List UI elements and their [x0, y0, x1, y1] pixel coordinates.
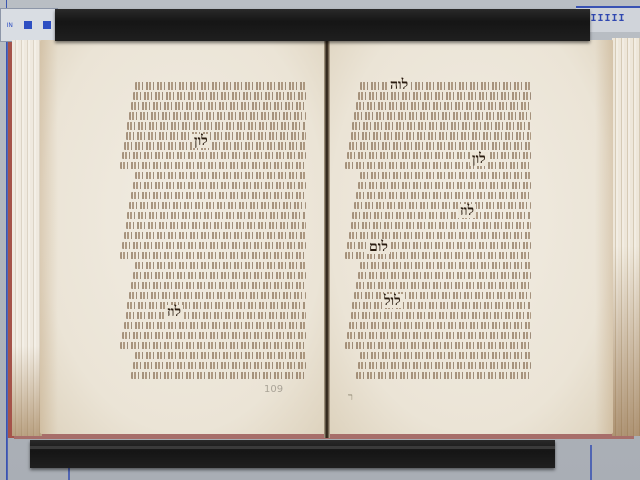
manuscript-text-line	[133, 182, 306, 190]
page-stack-left	[12, 40, 42, 436]
manuscript-text-line	[347, 152, 531, 160]
headword: לון	[192, 134, 210, 148]
manuscript-text-line	[351, 222, 531, 230]
manuscript-text-line	[360, 262, 531, 270]
manuscript-text-line	[133, 272, 306, 280]
manuscript-text-line	[126, 132, 306, 140]
manuscript-text-line	[345, 162, 531, 170]
manuscript-text-line	[360, 172, 531, 180]
manuscript-text-line	[354, 202, 531, 210]
headword: לוה	[388, 78, 410, 92]
manuscript-text-line	[120, 342, 306, 350]
manuscript-text-line	[345, 342, 531, 350]
manuscript-text-line	[347, 332, 531, 340]
manuscript-text-line	[135, 172, 306, 180]
left-text-block	[120, 82, 306, 382]
folio-number: 109	[264, 384, 283, 395]
manuscript-text-line	[356, 282, 531, 290]
manuscript-text-line	[129, 112, 306, 120]
bottom-book-weight	[30, 440, 555, 468]
manuscript-text-line	[356, 192, 531, 200]
target-square-icon	[43, 21, 51, 29]
manuscript-text-line	[135, 262, 306, 270]
target-square-icon	[24, 21, 32, 29]
manuscript-text-line	[131, 192, 306, 200]
manuscript-text-line	[120, 252, 306, 260]
manuscript-text-line	[354, 292, 531, 300]
headword: לול	[382, 294, 403, 308]
manuscript-text-line	[122, 242, 306, 250]
manuscript-text-line	[135, 352, 306, 360]
color-target-label: IN	[0, 8, 58, 42]
manuscript-text-line	[122, 152, 306, 160]
manuscript-text-line	[129, 292, 306, 300]
manuscript-text-line	[352, 302, 531, 310]
manuscript-text-line	[127, 212, 306, 220]
manuscript-text-line	[126, 222, 306, 230]
manuscript-text-line	[358, 272, 531, 280]
manuscript-text-line	[126, 312, 306, 320]
manuscript-text-line	[124, 322, 306, 330]
manuscript-text-line	[360, 82, 531, 90]
manuscript-text-line	[352, 122, 531, 130]
headword: לום	[367, 240, 390, 254]
target-label-text: IN	[7, 22, 13, 29]
manuscript-text-line	[352, 212, 531, 220]
headword: לוז	[458, 204, 476, 218]
manuscript-text-line	[131, 372, 306, 380]
manuscript-text-line	[129, 202, 306, 210]
grid-line	[590, 445, 592, 480]
manuscript-text-line	[358, 182, 531, 190]
open-manuscript-book: לון לוז לוה לון לוז לום לול 109 ר	[8, 38, 640, 440]
weight-strip	[30, 446, 555, 449]
manuscript-text-line	[351, 132, 531, 140]
signature-mark: ר	[348, 392, 353, 403]
top-book-weight	[55, 9, 590, 41]
gutter	[324, 38, 330, 438]
manuscript-text-line	[133, 92, 306, 100]
manuscript-text-line	[124, 232, 306, 240]
manuscript-text-line	[120, 162, 306, 170]
manuscript-text-line	[349, 322, 531, 330]
manuscript-text-line	[127, 122, 306, 130]
manuscript-text-line	[356, 102, 531, 110]
manuscript-text-line	[356, 372, 531, 380]
right-text-block	[345, 82, 531, 382]
headword: לון	[470, 152, 488, 166]
manuscript-text-line	[131, 102, 306, 110]
manuscript-text-line	[124, 142, 306, 150]
manuscript-text-line	[135, 82, 306, 90]
manuscript-text-line	[358, 92, 531, 100]
manuscript-text-line	[360, 352, 531, 360]
manuscript-text-line	[127, 302, 306, 310]
manuscript-text-line	[358, 362, 531, 370]
manuscript-text-line	[349, 142, 531, 150]
page-stack-right	[612, 38, 640, 436]
manuscript-text-line	[354, 112, 531, 120]
manuscript-text-line	[351, 312, 531, 320]
manuscript-text-line	[133, 362, 306, 370]
manuscript-text-line	[131, 282, 306, 290]
headword: לוז	[165, 305, 183, 319]
manuscript-text-line	[122, 332, 306, 340]
